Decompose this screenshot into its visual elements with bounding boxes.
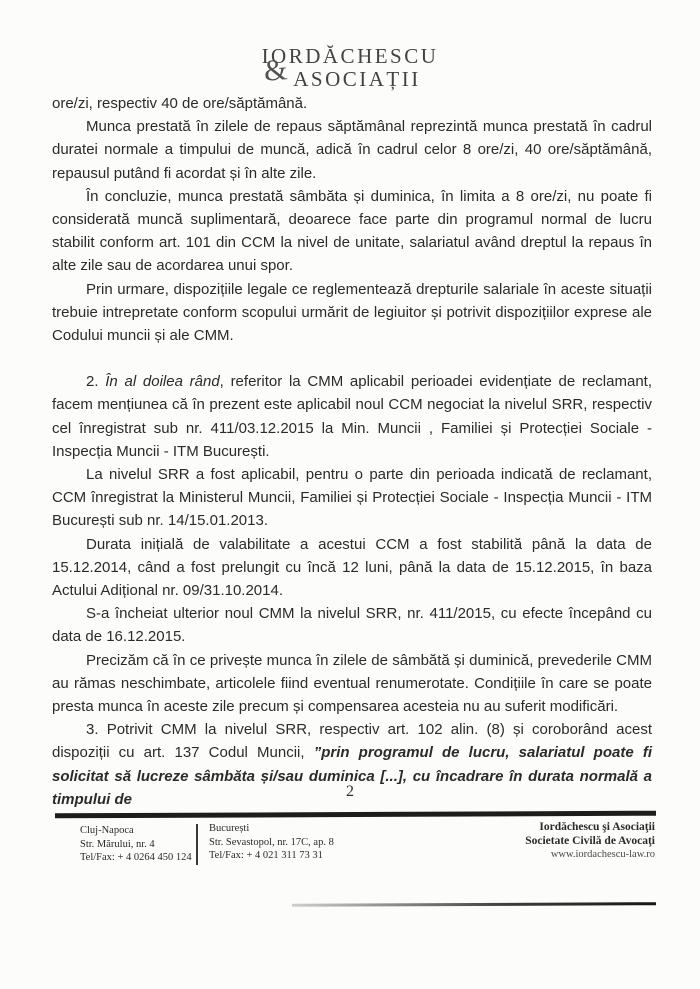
text-segment: S-a încheiat ulterior noul CMM la nivelu…	[52, 605, 652, 645]
office-bucuresti-city: București	[209, 822, 334, 836]
paragraph: La nivelul SRR a fost aplicabil, pentru …	[52, 463, 652, 533]
paragraph: S-a încheiat ulterior noul CMM la nivelu…	[52, 602, 652, 648]
paragraph: Munca prestată în zilele de repaus săptă…	[52, 115, 652, 185]
firm-name: Iordăchescu şi Asociaţii	[525, 820, 655, 834]
paragraph: 2. În al doilea rând, referitor la CMM a…	[52, 370, 652, 463]
text-segment: ore/zi, respectiv 40 de ore/săptămână.	[52, 95, 307, 112]
office-cluj: Cluj-Napoca Str. Mărului, nr. 4 Tel/Fax:…	[80, 824, 192, 865]
office-cluj-street: Str. Mărului, nr. 4	[80, 838, 192, 852]
office-bucuresti-street: Str. Sevastopol, nr. 17C, ap. 8	[209, 836, 334, 850]
firm-logo-lockup: & IORDĂCHESCU ASOCIAȚII	[262, 44, 439, 90]
text-segment: În concluzie, munca prestată sâmbăta și …	[52, 188, 652, 275]
page-sheet: & IORDĂCHESCU ASOCIAȚII ore/zi, respecti…	[0, 0, 700, 989]
office-bucuresti-phone: Tel/Fax: + 4 021 311 73 31	[209, 849, 334, 863]
logo-line2: ASOCIAȚII	[262, 68, 439, 90]
text-segment: Durata inițială de valabilitate a acestu…	[52, 536, 652, 599]
text-segment: Precizăm că în ce privește munca în zile…	[52, 652, 652, 715]
office-cluj-city: Cluj-Napoca	[80, 824, 192, 838]
firm-logo: & IORDĂCHESCU ASOCIAȚII	[0, 44, 700, 91]
text-segment: 2.	[86, 373, 105, 390]
footer-column-divider	[196, 824, 198, 865]
paragraph: ore/zi, respectiv 40 de ore/săptămână.	[52, 92, 652, 115]
paragraph: În concluzie, munca prestată sâmbăta și …	[52, 185, 652, 278]
text-segment: În al doilea rând	[105, 373, 219, 390]
paragraph: Prin urmare, dispozițiile legale ce regl…	[52, 278, 652, 348]
bottom-scan-line	[292, 902, 656, 907]
page-number: 2	[0, 783, 700, 801]
firm-type: Societate Civilă de Avocaţi	[525, 834, 655, 848]
firm-website: www.iordachescu-law.ro	[525, 848, 655, 862]
logo-line1: IORDĂCHESCU	[262, 44, 439, 68]
office-bucuresti: București Str. Sevastopol, nr. 17C, ap. …	[209, 822, 334, 863]
paragraph: Durata inițială de valabilitate a acestu…	[52, 533, 652, 603]
document-body: ore/zi, respectiv 40 de ore/săptămână.Mu…	[52, 92, 652, 811]
footer-rule	[55, 811, 656, 819]
text-segment: Munca prestată în zilele de repaus săptă…	[52, 118, 652, 181]
ampersand-glyph: &	[263, 55, 288, 87]
text-segment: Prin urmare, dispozițiile legale ce regl…	[52, 281, 652, 344]
paragraph: Precizăm că în ce privește munca în zile…	[52, 649, 652, 719]
text-segment: La nivelul SRR a fost aplicabil, pentru …	[52, 466, 652, 529]
office-cluj-phone: Tel/Fax: + 4 0264 450 124	[80, 851, 192, 865]
firm-info: Iordăchescu şi Asociaţii Societate Civil…	[525, 820, 655, 862]
